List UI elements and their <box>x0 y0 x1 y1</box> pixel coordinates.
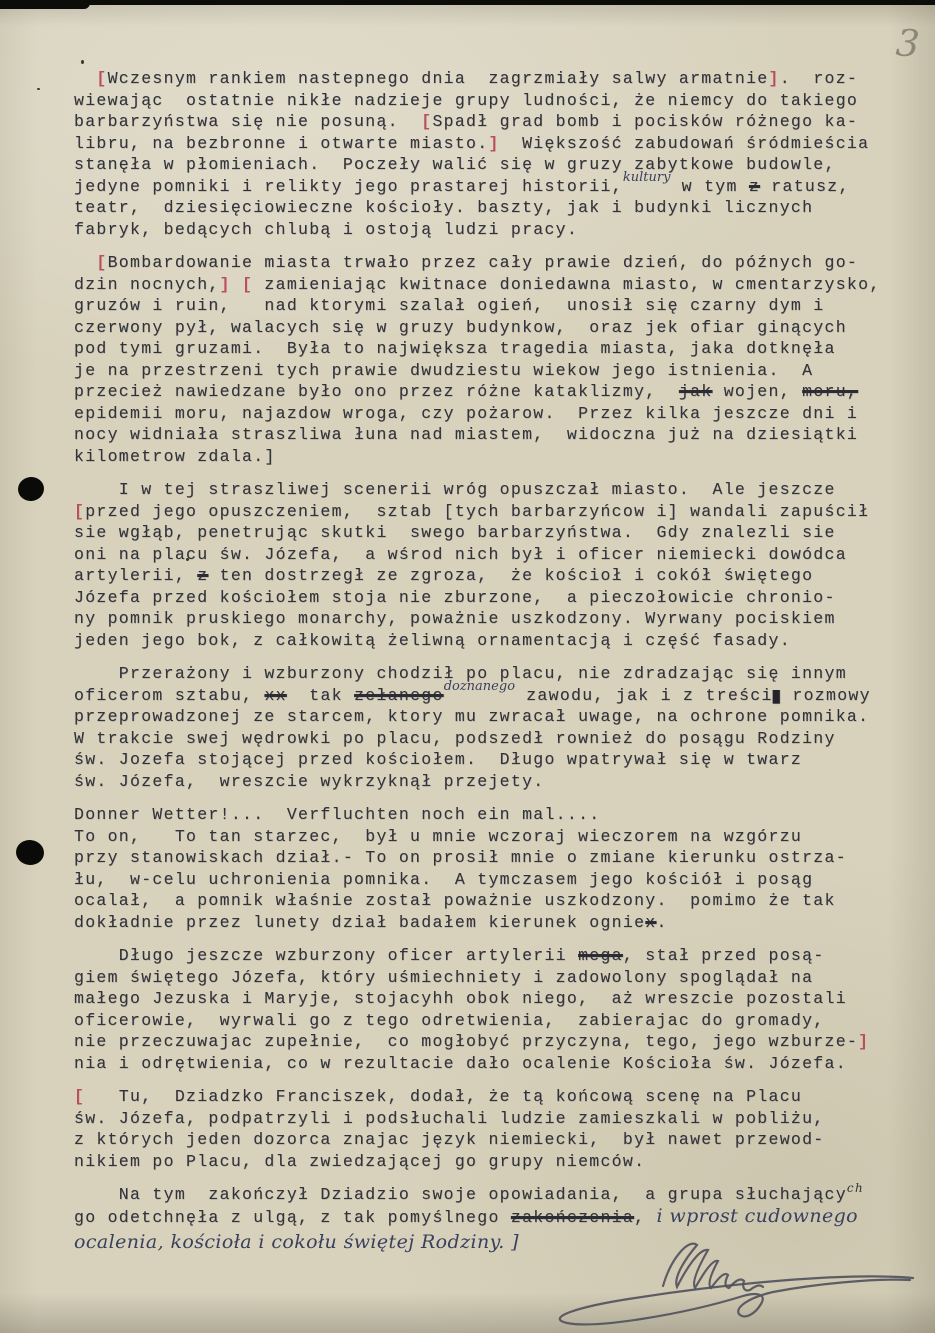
text-line: ny pomnik pruskiego monarchy, poważnie u… <box>74 608 904 630</box>
text-line: To on, To tan starzec, był u mnie wczora… <box>74 826 904 848</box>
typed-text: w tym <box>670 177 748 196</box>
typed-text: Bombardowanie miasta trwało przez cały p… <box>108 253 859 272</box>
typed-text: Na tym zakończył Dziadzio swoje opowiada… <box>74 1185 847 1204</box>
struck-out-text: z <box>749 177 760 196</box>
struck-out-text: xx <box>264 686 286 705</box>
typed-text: Spadł grad bomb i pocisków różnego ka- <box>432 112 858 131</box>
typed-text: zamieniając kwitnace doniedawna miasto, … <box>253 275 880 294</box>
editorial-bracket: ] <box>220 275 231 294</box>
text-line: wiewając ostatnie nikłe nadzieje grupy l… <box>74 90 904 112</box>
paper-speck <box>81 60 84 64</box>
typed-text: artylerii, <box>74 566 197 585</box>
typed-text: z których jeden dozorca znajac język nie… <box>74 1130 825 1149</box>
typed-text: nia i odrętwienia, co w rezultacie dało … <box>74 1054 847 1073</box>
text-line: teatr, dziesięciowieczne kościoły. baszt… <box>74 197 904 219</box>
paragraph: [Wczesnym rankiem nastepnego dnia zagrzm… <box>74 68 904 240</box>
paragraph: Długo jeszcze wzburzony oficer artylerii… <box>74 945 904 1074</box>
editorial-bracket: ] <box>488 134 499 153</box>
text-line: nia i odrętwienia, co w rezultacie dało … <box>74 1053 904 1075</box>
typed-text: św. Józefa, podpatrzyli i podsłuchali lu… <box>74 1109 825 1128</box>
typed-text: Wczesnym rankiem nastepnego dnia zagrzmi… <box>108 69 769 88</box>
paragraph: Donner Wetter!... Verfluchten noch ein m… <box>74 804 904 933</box>
typed-text: fabryk, bedących chlubą i ostoją ludzi p… <box>74 220 578 239</box>
text-line: czerwony pył, walacych się w gruzy budyn… <box>74 317 904 339</box>
scan-edge-top-left <box>0 0 90 9</box>
editorial-bracket: [ <box>74 1087 85 1106</box>
struck-out-text: z <box>197 566 208 585</box>
typed-text: ten dostrzegł ze zgroza, że kościoł i co… <box>208 566 813 585</box>
handwritten-text: kultury <box>623 170 671 185</box>
typed-text: go odetchnęła z ulgą, z tak pomyślnego <box>74 1208 511 1227</box>
ink-blot: █ <box>773 690 782 704</box>
text-line: małego Jezuska i Maryje, stojacyhh obok … <box>74 988 904 1010</box>
signature-flourish <box>560 1276 913 1324</box>
typed-text: Długo jeszcze wzburzony oficer artylerii <box>74 946 578 965</box>
typewritten-text: [Wczesnym rankiem nastepnego dnia zagrzm… <box>74 68 904 1270</box>
text-line: Na tym zakończył Dziadzio swoje opowiada… <box>74 1184 904 1206</box>
typed-text: ratusz, <box>760 177 850 196</box>
typed-text: łu, w-celu uchronienia pomnika. A tymcza… <box>74 870 813 889</box>
typed-text: , <box>634 1208 656 1227</box>
typed-text: dokładnie przez lunety dział badałem kie… <box>74 913 645 932</box>
typed-text: W trakcie swej wędrowki po placu, podsze… <box>74 729 836 748</box>
editorial-bracket: [ <box>421 112 432 131</box>
typed-text: Tu, Dziadzko Franciszek, dodał, że tą ko… <box>85 1087 802 1106</box>
text-line: fabryk, bedących chlubą i ostoją ludzi p… <box>74 219 904 241</box>
typed-text: ocalał, a pomnik właśnie został poważnie… <box>74 891 836 910</box>
text-line: artylerii, z ten dostrzegł ze zgroza, że… <box>74 565 904 587</box>
editorial-bracket: ] <box>769 69 780 88</box>
typed-text: epidemii moru, najazdow wroga, czy pożar… <box>74 404 858 423</box>
text-line: pod tymi gruzami. Była to największa tra… <box>74 338 904 360</box>
text-line: jeden jego bok, z całkowitą żeliwną orna… <box>74 630 904 652</box>
typed-text: wojen, <box>713 382 803 401</box>
typed-text: czerwony pył, walacych się w gruzy budyn… <box>74 318 847 337</box>
scanned-document-page: 3 [Wczesnym rankiem nastepnego dnia zagr… <box>0 0 935 1333</box>
typed-text: oficerowie, wyrwali go z tego odretwieni… <box>74 1011 825 1030</box>
text-line: łu, w-celu uchronienia pomnika. A tymcza… <box>74 869 904 891</box>
typed-text: przed jego opuszczeniem, sztab [tych bar… <box>85 502 869 521</box>
scan-edge-top <box>0 0 935 5</box>
text-line: [Wczesnym rankiem nastepnego dnia zagrzm… <box>74 68 904 90</box>
handwritten-text: ch <box>847 1181 864 1195</box>
typed-text: Józefa przed kościołem stoja nie zburzon… <box>74 588 836 607</box>
text-line: sie wgłąb, penetrując skutki swego barba… <box>74 522 904 544</box>
text-line: kilometrow zdala.] <box>74 446 904 468</box>
typed-text: tak <box>287 686 354 705</box>
typed-text: , stał przed posą- <box>623 946 825 965</box>
text-line: przy stanowiskach dział.- To on prosił m… <box>74 847 904 869</box>
text-line: dzin nocnych,] [ zamieniając kwitnace do… <box>74 274 904 296</box>
typed-text: kilometrow zdala.] <box>74 447 276 466</box>
text-line: libru, na bezbronne i otwarte miasto.] W… <box>74 133 904 155</box>
paragraph: I w tej straszliwej scenerii wróg opuszc… <box>74 479 904 651</box>
text-line: oficerom sztabu, xx tak zełanegodoznaneg… <box>74 685 904 707</box>
text-line: nocy widniała straszliwa łuna nad miaste… <box>74 424 904 446</box>
text-line: oficerowie, wyrwali go z tego odretwieni… <box>74 1010 904 1032</box>
typed-text: dzin nocnych, <box>74 275 220 294</box>
typed-text: I w tej straszliwej scenerii wróg opuszc… <box>74 480 836 499</box>
handwritten-page-number: 3 <box>895 21 921 66</box>
typed-text: libru, na bezbronne i otwarte miasto. <box>74 134 488 153</box>
paragraph: [Bombardowanie miasta trwało przez cały … <box>74 252 904 467</box>
text-line: Józefa przed kościołem stoja nie zburzon… <box>74 587 904 609</box>
typed-text: ny pomnik pruskiego monarchy, poważnie u… <box>74 609 836 628</box>
text-line: gruzów i ruin, nad ktorymi szalał ogień,… <box>74 295 904 317</box>
text-line: z których jeden dozorca znajac język nie… <box>74 1129 904 1151</box>
text-line: Długo jeszcze wzburzony oficer artylerii… <box>74 945 904 967</box>
struck-out-text: mega <box>578 946 623 965</box>
editorial-bracket: ] <box>858 1032 869 1051</box>
text-line: św. Józefa, wreszcie wykrzyknął przejety… <box>74 771 904 793</box>
typed-text: nikiem po Placu, dla zwiedzającej go gru… <box>74 1152 645 1171</box>
typed-text: zawodu, jak i z treści <box>515 686 773 705</box>
handwritten-text: ocalenia, kościoła i cokołu świętej Rodz… <box>74 1231 519 1253</box>
typed-text: je na przestrzeni tych prawie dwudziestu… <box>74 361 813 380</box>
typed-text: nocy widniała straszliwa łuna nad miaste… <box>74 425 858 444</box>
typed-text: przecież nawiedzane było ono przez różne… <box>74 382 679 401</box>
typed-text: teatr, dziesięciowieczne kościoły. baszt… <box>74 198 813 217</box>
struck-out-text: zełanego <box>354 686 444 705</box>
handwritten-text: i wprost cudownego <box>657 1205 859 1227</box>
text-line: stanęła w płomieniach. Poczeły walić się… <box>74 154 904 176</box>
typed-text: jeden jego bok, z całkowitą żeliwną orna… <box>74 631 791 650</box>
typed-text: jedyne pomniki i relikty jego prastarej … <box>74 177 623 196</box>
text-line: [ Tu, Dziadzko Franciszek, dodał, że tą … <box>74 1086 904 1108</box>
text-line: oni na placu św. Józefa, a wśrod nich by… <box>74 544 904 566</box>
typed-text: To on, To tan starzec, był u mnie wczora… <box>74 827 802 846</box>
struck-out-text: zakończenia <box>511 1208 634 1227</box>
paragraph: Przerażony i wzburzony chodził po placu,… <box>74 663 904 792</box>
text-line: I w tej straszliwej scenerii wróg opuszc… <box>74 479 904 501</box>
struck-out-text: jak <box>679 382 713 401</box>
typed-text: św. Józefa, wreszcie wykrzyknął przejety… <box>74 772 544 791</box>
typed-text: wiewając ostatnie nikłe nadzieje grupy l… <box>74 91 858 110</box>
text-line: św. Jozefa stojącej przed kościołem. Dłu… <box>74 749 904 771</box>
editorial-bracket: [ <box>242 275 253 294</box>
typed-text: pod tymi gruzami. Była to największa tra… <box>74 339 836 358</box>
signature <box>505 1232 925 1332</box>
typed-text: małego Jezuska i Maryje, stojacyhh obok … <box>74 989 847 1008</box>
text-line: giem świętego Józefa, który uśmiechniety… <box>74 967 904 989</box>
typed-text: Większość zabudowań śródmieścia <box>500 134 870 153</box>
typed-text: Donner Wetter!... Verfluchten noch ein m… <box>74 805 600 824</box>
text-line: [Bombardowanie miasta trwało przez cały … <box>74 252 904 274</box>
text-line: [przed jego opuszczeniem, sztab [tych ba… <box>74 501 904 523</box>
typed-text: przeprowadzonej ze starcem, ktory mu zwr… <box>74 707 869 726</box>
handwritten-text: doznanego <box>444 679 515 694</box>
typed-text: gruzów i ruin, nad ktorymi szalał ogień,… <box>74 296 825 315</box>
text-line: nikiem po Placu, dla zwiedzającej go gru… <box>74 1151 904 1173</box>
typed-text: . <box>657 913 668 932</box>
typed-text <box>74 69 96 88</box>
typed-text <box>231 275 242 294</box>
text-line: ocalał, a pomnik właśnie został poważnie… <box>74 890 904 912</box>
typed-text: stanęła w płomieniach. Poczeły walić się… <box>74 155 836 174</box>
text-line: św. Józefa, podpatrzyli i podsłuchali lu… <box>74 1108 904 1130</box>
typed-text: barbarzyństwa się nie posuną. <box>74 112 421 131</box>
editorial-bracket: [ <box>96 253 107 272</box>
typed-text: . roz- <box>780 69 858 88</box>
typed-text: św. Jozefa stojącej przed kościołem. Dłu… <box>74 750 802 769</box>
typed-text: sie wgłąb, penetrując skutki swego barba… <box>74 523 836 542</box>
struck-out-text: moru, <box>802 382 858 401</box>
editorial-bracket: [ <box>96 69 107 88</box>
paragraph: [ Tu, Dziadzko Franciszek, dodał, że tą … <box>74 1086 904 1172</box>
typed-text: giem świętego Józefa, który uśmiechniety… <box>74 968 813 987</box>
text-line: go odetchnęła z ulgą, z tak pomyślnego z… <box>74 1206 904 1232</box>
text-line: W trakcie swej wędrowki po placu, podsze… <box>74 728 904 750</box>
text-line: barbarzyństwa się nie posuną. [Spadł gra… <box>74 111 904 133</box>
text-line: nie przeczuwajac zupełnie, co mogłobyć p… <box>74 1031 904 1053</box>
typed-text: oficerom sztabu, <box>74 686 264 705</box>
typed-text <box>74 253 96 272</box>
text-line: epidemii moru, najazdow wroga, czy pożar… <box>74 403 904 425</box>
text-line: dokładnie przez lunety dział badałem kie… <box>74 912 904 934</box>
text-line: Donner Wetter!... Verfluchten noch ein m… <box>74 804 904 826</box>
typed-text: rozmowy <box>781 686 871 705</box>
typed-text: oni na placu św. Józefa, a wśrod nich by… <box>74 545 847 564</box>
typed-text: przy stanowiskach dział.- To on prosił m… <box>74 848 847 867</box>
text-line: je na przestrzeni tych prawie dwudziestu… <box>74 360 904 382</box>
text-line: przeprowadzonej ze starcem, ktory mu zwr… <box>74 706 904 728</box>
editorial-bracket: [ <box>74 502 85 521</box>
typed-text: nie przeczuwajac zupełnie, co mogłobyć p… <box>74 1032 858 1051</box>
text-line: jedyne pomniki i relikty jego prastarej … <box>74 176 904 198</box>
paper-speck <box>37 88 40 90</box>
text-line: przecież nawiedzane było ono przez różne… <box>74 381 904 403</box>
struck-out-text: x <box>645 913 656 932</box>
